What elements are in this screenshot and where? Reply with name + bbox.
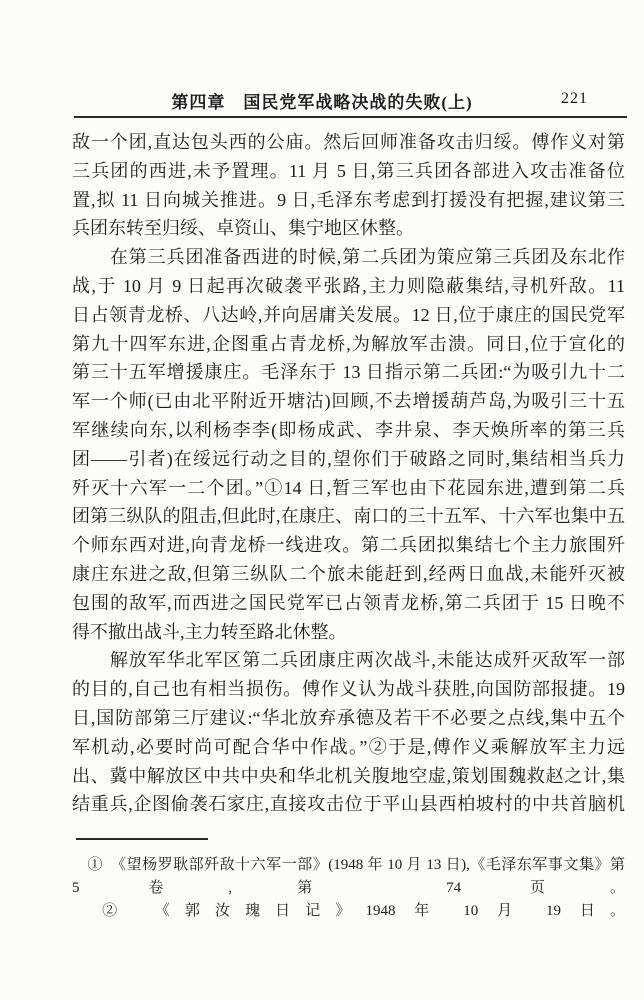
body-text-line: 包围的敌军,而西进之国民党军已占领青龙桥,第二兵团于 15 日晚不: [72, 589, 625, 618]
body-text-line: 日,国防部第三厅建议:“华北放弃承德及若干不必要之点线,集中五个: [72, 704, 625, 733]
body-text-line: 第九十四军东进,企图重占青龙桥,为解放军击溃。同日,位于宣化的: [72, 330, 625, 359]
body-text-line: 结重兵,企图偷袭石家庄,直接攻击位于平山县西柏坡村的中共首脑机: [72, 790, 625, 819]
body-text-line: 歼灭十六军一二个团。”①14 日,暂三军也由下花园东进,遭到第二兵: [72, 474, 625, 503]
body-text-line: 战,于 10 月 9 日起再次破袭平张路,主力则隐蔽集结,寻机歼敌。11: [72, 272, 625, 301]
footnote-line: 5 卷,第 74 页。: [72, 877, 625, 900]
body-text-line: 解放军华北军区第二兵团康庄两次战斗,未能达成歼灭敌军一部: [72, 646, 625, 675]
body-text-line: 日占领青龙桥、八达岭,并向居庸关发展。12 日,位于康庄的国民党军: [72, 301, 625, 330]
body-text-line: 得不撤出战斗,主力转至路北休整。: [72, 618, 625, 647]
body-text-line: 三兵团的西进,未予置理。11 月 5 日,第三兵团各部进入攻击准备位: [72, 157, 625, 186]
header-rule: [74, 116, 627, 118]
body-text-line: 出、冀中解放区中共中央和华北机关腹地空虚,策划围魏救赵之计,集: [72, 762, 625, 791]
page-number: 221: [561, 90, 588, 108]
footnote-line: ② 《郭汝瑰日记》1948 年 10 月 19 日。: [72, 900, 625, 923]
body-text-line: 康庄东进之敌,但第三纵队二个旅未能赶到,经两日血战,未能歼灭被: [72, 560, 625, 589]
body-text-line: 兵团东转至归绥、卓资山、集宁地区休整。: [72, 214, 625, 243]
footnote-separator: [76, 838, 208, 840]
body-text-line: 第三十五军增援康庄。毛泽东于 13 日指示第二兵团:“为吸引九十二: [72, 358, 625, 387]
body-text-line: 置,拟 11 日向城关推进。9 日,毛泽东考虑到打援没有把握,建议第三: [72, 186, 625, 215]
body-text-line: 军机动,必要时尚可配合华中作战。”②于是,傅作义乘解放军主力远: [72, 733, 625, 762]
chapter-title: 第四章 国民党军战略决战的失败(上): [0, 88, 644, 113]
book-page: 第四章 国民党军战略决战的失败(上) 221 敌一个团,直达包头西的公庙。然后回…: [0, 0, 644, 1000]
body-text-line: 军继续向东,以利杨李李(即杨成武、李井泉、李天焕所率的第三兵: [72, 416, 625, 445]
body-text-line: 团第三纵队的阻击,但此时,在康庄、南口的三十五军、十六军也集中五: [72, 502, 625, 531]
body-text: 敌一个团,直达包头西的公庙。然后回师准备攻击归绥。傅作义对第三兵团的西进,未予置…: [72, 128, 625, 819]
body-text-line: 敌一个团,直达包头西的公庙。然后回师准备攻击归绥。傅作义对第: [72, 128, 625, 157]
body-text-line: 团——引者)在绥远行动之目的,望你们于破路之同时,集结相当兵力: [72, 445, 625, 474]
footnotes: ① 《望杨罗耿部歼敌十六军一部》(1948 年 10 月 13 日),《毛泽东军…: [72, 854, 625, 923]
footnote-line: ① 《望杨罗耿部歼敌十六军一部》(1948 年 10 月 13 日),《毛泽东军…: [72, 854, 625, 877]
body-text-line: 在第三兵团准备西进的时候,第二兵团为策应第三兵团及东北作: [72, 243, 625, 272]
body-text-line: 个师东西对进,向青龙桥一线进攻。第二兵团拟集结七个主力旅围歼: [72, 531, 625, 560]
body-text-line: 军一个师(已由北平附近开塘沽)回顾,不去增援葫芦岛,为吸引三十五: [72, 387, 625, 416]
body-text-line: 的目的,自己也有相当损伤。傅作义认为战斗获胜,向国防部报捷。19: [72, 675, 625, 704]
